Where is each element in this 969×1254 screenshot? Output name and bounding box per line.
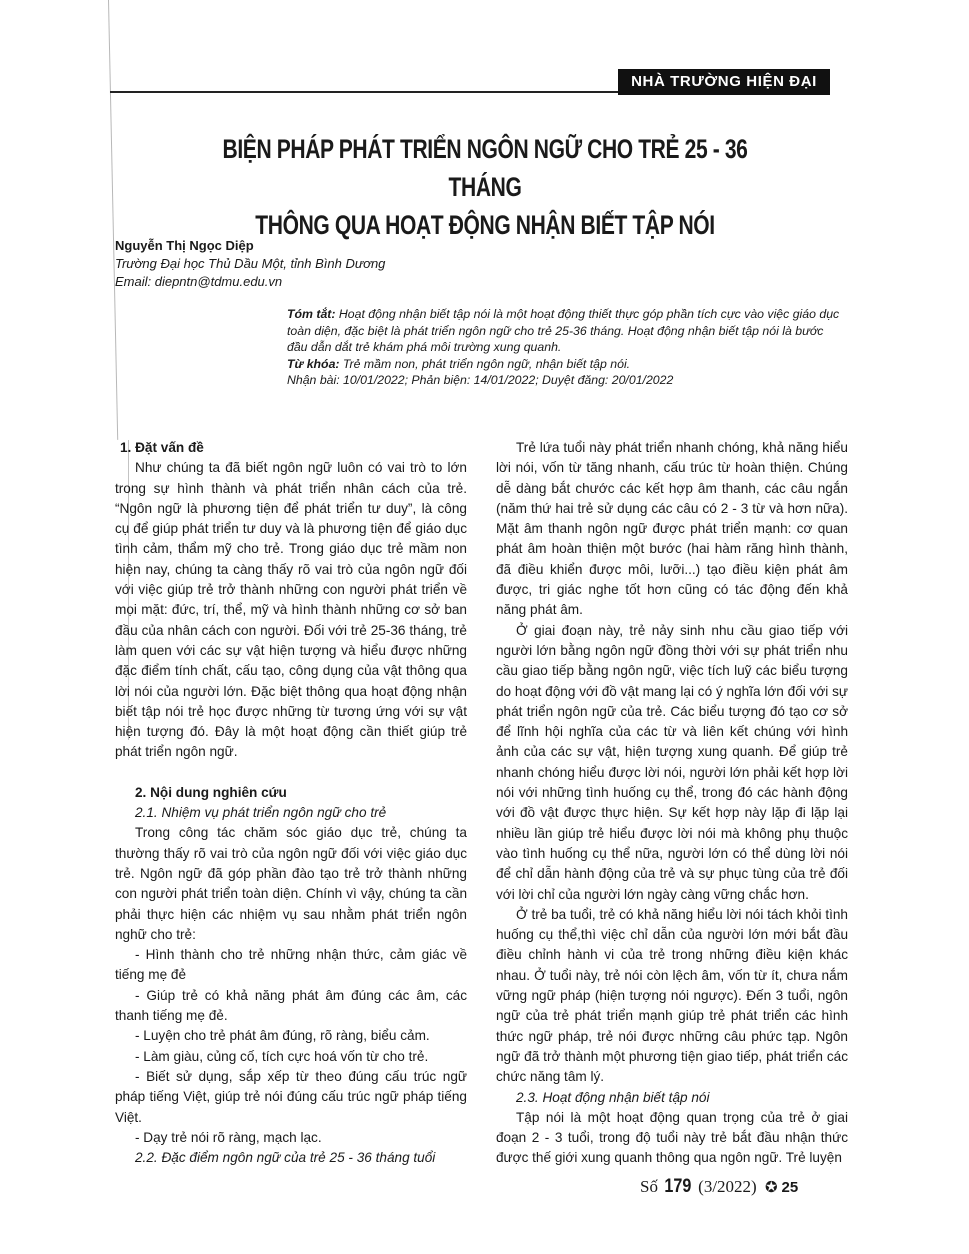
subsection-heading-2-2: 2.2. Đặc điểm ngôn ngữ của trẻ 25 - 36 t… — [115, 1148, 467, 1168]
abstract-text: Hoạt động nhận biết tập nói là một hoạt … — [287, 307, 839, 354]
paragraph: Trong công tác chăm sóc giáo dục trẻ, ch… — [115, 823, 467, 945]
star-separator-icon: ✪ — [765, 1180, 778, 1196]
article-title: BIỆN PHÁP PHÁT TRIỂN NGÔN NGỮ CHO TRẺ 25… — [193, 130, 778, 244]
list-item: - Hình thành cho trẻ những nhận thức, cả… — [115, 945, 467, 986]
section-heading-1: 1. Đặt vấn đề — [115, 438, 467, 458]
list-item: - Luyện cho trẻ phát âm đúng, rõ ràng, b… — [115, 1026, 467, 1046]
subsection-heading-2-3: 2.3. Hoạt động nhận biết tập nói — [496, 1088, 848, 1108]
section-badge: NHÀ TRƯỜNG HIỆN ĐẠI — [618, 69, 830, 95]
section-heading-2: 2. Nội dung nghiên cứu — [115, 783, 467, 803]
abstract-summary: Tóm tắt: Hoạt động nhận biết tập nói là … — [287, 306, 842, 356]
list-item: - Làm giàu, củng cố, tích cực hoá vốn từ… — [115, 1047, 467, 1067]
abstract-block: Tóm tắt: Hoạt động nhận biết tập nói là … — [287, 306, 842, 389]
abstract-label: Tóm tắt: — [287, 307, 336, 321]
paragraph: Ở trẻ ba tuổi, trẻ có khả năng hiểu lời … — [496, 905, 848, 1088]
author-email: Email: diepntn@tdmu.edu.vn — [115, 273, 385, 291]
scan-artifact-line — [108, 0, 118, 440]
paragraph: Tập nói là một hoạt động quan trọng của … — [496, 1108, 848, 1169]
right-column: Trẻ lứa tuổi này phát triển nhanh chóng,… — [496, 438, 848, 1169]
keywords: Từ khóa: Trẻ mầm non, phát triển ngôn ng… — [287, 356, 842, 373]
list-item: - Biết sử dụng, sắp xếp từ theo đúng cấu… — [115, 1067, 467, 1128]
issue-number: 179 — [665, 1176, 692, 1198]
list-item: - Dạy trẻ nói rõ ràng, mạch lạc. — [115, 1128, 467, 1148]
paragraph: Như chúng ta đã biết ngôn ngữ luôn có va… — [115, 458, 467, 762]
keywords-text: Trẻ mầm non, phát triển ngôn ngữ, nhận b… — [340, 357, 631, 371]
header-rule — [110, 91, 620, 93]
list-item: - Giúp trẻ có khả năng phát âm đúng các … — [115, 986, 467, 1027]
author-name: Nguyễn Thị Ngọc Diệp — [115, 237, 385, 255]
page-number: 25 — [782, 1179, 799, 1196]
author-affiliation: Trường Đại học Thủ Dầu Một, tỉnh Bình Dư… — [115, 255, 385, 273]
page-footer: Số 179 (3/2022) ✪25 — [640, 1176, 798, 1199]
paragraph: Ở giai đoạn này, trẻ nảy sinh nhu cầu gi… — [496, 621, 848, 905]
paragraph: Trẻ lứa tuổi này phát triển nhanh chóng,… — [496, 438, 848, 621]
submission-dates: Nhận bài: 10/01/2022; Phản biện: 14/01/2… — [287, 372, 842, 389]
issue-date: (3/2022) — [694, 1177, 761, 1196]
author-block: Nguyễn Thị Ngọc Diệp Trường Đại học Thủ … — [115, 237, 385, 291]
left-column: 1. Đặt vấn đề Như chúng ta đã biết ngôn … — [115, 438, 467, 1168]
keywords-label: Từ khóa: — [287, 357, 340, 371]
title-line-1: BIỆN PHÁP PHÁT TRIỂN NGÔN NGỮ CHO TRẺ 25… — [193, 130, 778, 206]
subsection-heading-2-1: 2.1. Nhiệm vụ phát triển ngôn ngữ cho tr… — [115, 803, 467, 823]
issue-prefix: Số — [640, 1177, 662, 1196]
